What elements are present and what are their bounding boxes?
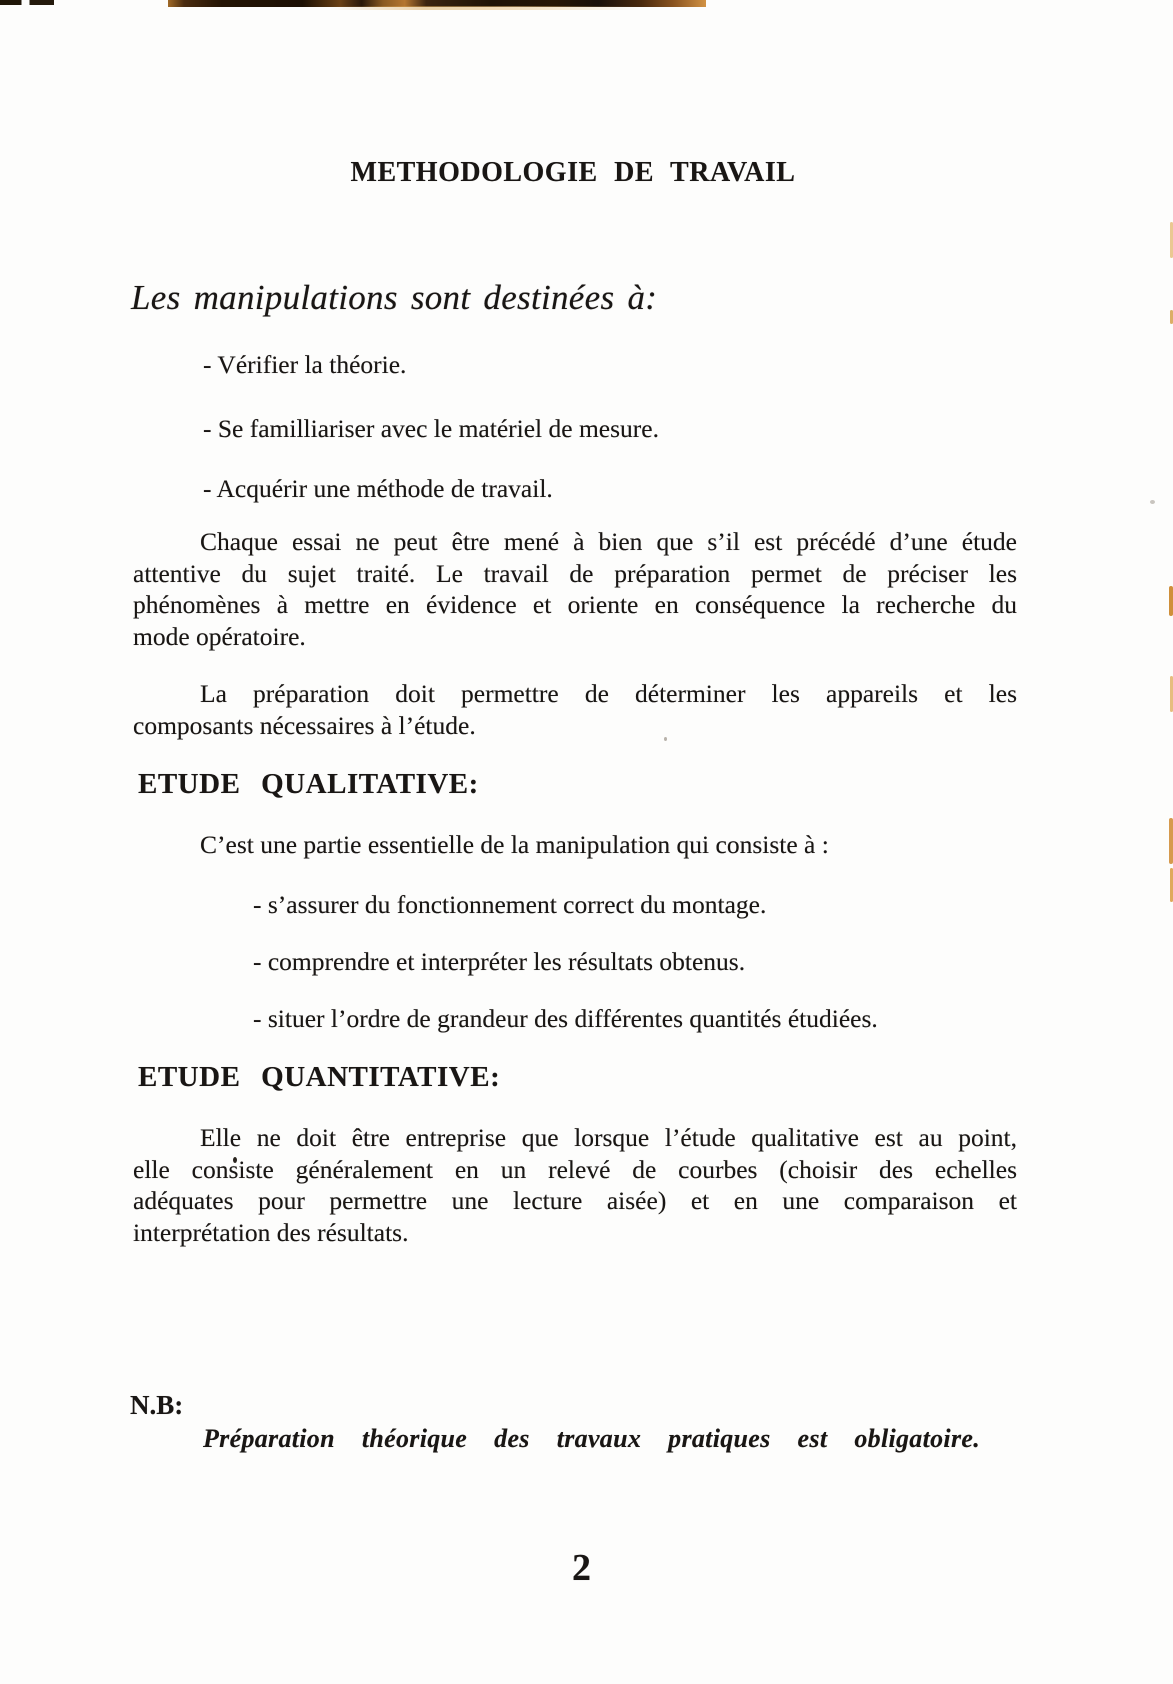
paragraph-line: Elle ne doit être entreprise que lorsque… (133, 1122, 1017, 1154)
paragraph: La préparation doit permettre de détermi… (133, 678, 1017, 741)
paragraph-line: mode opératoire. (133, 621, 1017, 653)
scan-artifact-edge-mark (1169, 586, 1173, 616)
paragraph-line: interprétation des résultats. (133, 1217, 1017, 1249)
scan-artifact-edge-mark (1169, 818, 1173, 864)
nb-label: N.B: (130, 1390, 183, 1421)
section-heading-quantitative: ETUDE QUANTITATIVE: (138, 1061, 500, 1094)
paragraph: Elle ne doit être entreprise que lorsque… (133, 1122, 1017, 1248)
scanned-document-page: METHODOLOGIE DE TRAVAIL Les manipulation… (0, 0, 1173, 1684)
list-item: - Se familliariser avec le matériel de m… (203, 414, 659, 444)
page-number: 2 (572, 1546, 591, 1590)
paragraph-line: composants nécessaires à l’étude. (133, 710, 1017, 742)
paragraph-line: phénomènes à mettre en évidence et orien… (133, 589, 1017, 621)
nb-text: Préparation théorique des travaux pratiq… (203, 1424, 980, 1454)
list-item: - s’assurer du fonctionnement correct du… (253, 890, 766, 920)
page-title: METHODOLOGIE DE TRAVAIL (60, 157, 1086, 189)
section-heading-qualitative: ETUDE QUALITATIVE: (138, 768, 479, 801)
paragraph-line: La préparation doit permettre de détermi… (133, 678, 1017, 710)
paragraph-line: adéquates pour permettre une lecture ais… (133, 1185, 1017, 1217)
paragraph: Chaque essai ne peut être mené à bien qu… (133, 526, 1017, 652)
scan-artifact-top-fringe (330, 6, 640, 10)
qualitative-intro-line: C’est une partie essentielle de la manip… (200, 830, 829, 860)
ink-speck (233, 1157, 237, 1163)
list-item: - comprendre et interpréter les résultat… (253, 947, 745, 977)
scan-dot (1150, 500, 1155, 504)
intro-heading: Les manipulations sont destinées à: (131, 278, 657, 318)
list-item: - situer l’ordre de grandeur des différe… (253, 1004, 878, 1034)
list-item: - Vérifier la théorie. (203, 350, 406, 380)
paragraph-line: elle consiste généralement en un relevé … (133, 1154, 1017, 1186)
paragraph-line: Chaque essai ne peut être mené à bien qu… (133, 526, 1017, 558)
scan-dot (664, 737, 667, 741)
paragraph-line: attentive du sujet traité. Le travail de… (133, 558, 1017, 590)
list-item: - Acquérir une méthode de travail. (203, 474, 553, 504)
scan-artifact-corner-mark (0, 0, 54, 5)
